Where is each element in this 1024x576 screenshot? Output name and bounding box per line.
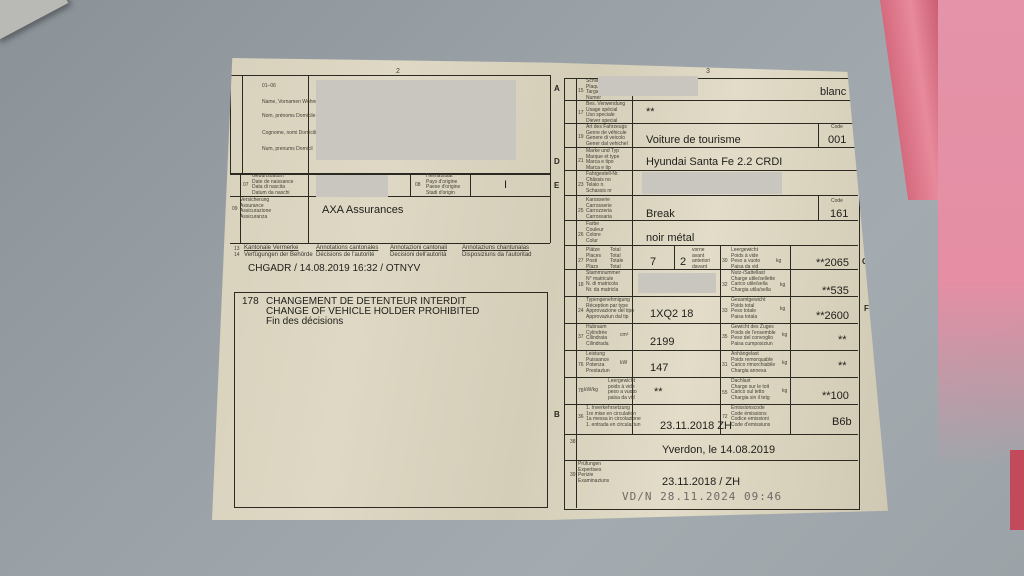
redacted-plate: [598, 76, 698, 96]
plate-color: blanc: [820, 86, 846, 98]
annotation-reference: CHGADR / 14.08.2019 16:32 / OTNYV: [248, 263, 420, 274]
seats-front: 2: [680, 256, 686, 268]
decision-code: 178: [242, 296, 259, 307]
page-number-left: 2: [396, 68, 400, 75]
origin-label: Heimatstaat Pays d'origine Paese d'origi…: [426, 174, 460, 196]
decision-line-3: Fin des décisions: [266, 316, 343, 327]
redacted-matricule: [638, 273, 716, 293]
body-code: 161: [830, 208, 848, 220]
insurance-value: AXA Assurances: [322, 204, 403, 216]
first-registration-value: 23.11.2018 ZH: [660, 420, 732, 432]
roof-load-value: **100: [822, 390, 849, 402]
blurred-pink-object: [938, 0, 1024, 470]
type-approval-value: 1XQ2 18: [650, 308, 693, 320]
holder-label-it: Cognome, nomi Domicilio: [262, 131, 319, 137]
redacted-chassis: [642, 172, 782, 194]
holder-label-de: Name, Vornamen Wohnort: [262, 100, 321, 106]
inspection-stamp: VD/N 28.11.2024 09:46: [622, 490, 782, 503]
emission-code-value: B6b: [832, 416, 852, 428]
field-01-06: 01–06: [262, 84, 276, 90]
red-object-edge: [1010, 450, 1024, 530]
displacement-value: 2199: [650, 336, 674, 348]
train-weight-value: **: [838, 334, 847, 346]
make-value: Hyundai Santa Fe 2.2 CRDI: [646, 156, 782, 168]
object-corner-top-left: [0, 0, 68, 41]
seats-total: 7: [650, 256, 656, 268]
inspection-value: 23.11.2018 / ZH: [662, 476, 740, 488]
vehicle-type-value: Voiture de tourisme: [646, 134, 741, 146]
origin-value: I: [504, 179, 507, 191]
redacted-holder-name: [316, 80, 516, 160]
vehicle-type-code: 001: [828, 134, 846, 146]
section-letter-c: C: [222, 124, 228, 133]
special-use-value: **: [646, 106, 655, 118]
kw-per-kg-value: **: [654, 386, 663, 398]
left-page: 2 C 01–06 Name, Vornamen Wohnort Nom, pr…: [212, 58, 550, 520]
body-value: Break: [646, 208, 675, 220]
power-value: 147: [650, 362, 668, 374]
redacted-birthdate: [316, 175, 388, 197]
place-date-value: Yverdon, le 14.08.2019: [662, 444, 775, 456]
color-value: noir métal: [646, 232, 694, 244]
vehicle-registration-document: 2 C 01–06 Name, Vornamen Wohnort Nom, pr…: [212, 58, 888, 520]
holder-label-rm: Num, prenums Domicil: [262, 147, 313, 153]
insurance-label: Versicherung Assurance Assicurazione Ass…: [240, 198, 271, 220]
right-page: 3 A 15 Schild Plaque Targa Numer blanc 1…: [550, 58, 888, 520]
empty-weight-value: **2065: [816, 257, 849, 269]
page-number-right: 3: [706, 68, 710, 75]
trailer-load-value: **: [838, 360, 847, 372]
holder-label-fr: Nom, prénoms Domicile: [262, 114, 315, 120]
total-weight-value: **2600: [816, 310, 849, 322]
birthdate-label: Geburtsdatum Date de naissance Data di n…: [252, 174, 293, 196]
